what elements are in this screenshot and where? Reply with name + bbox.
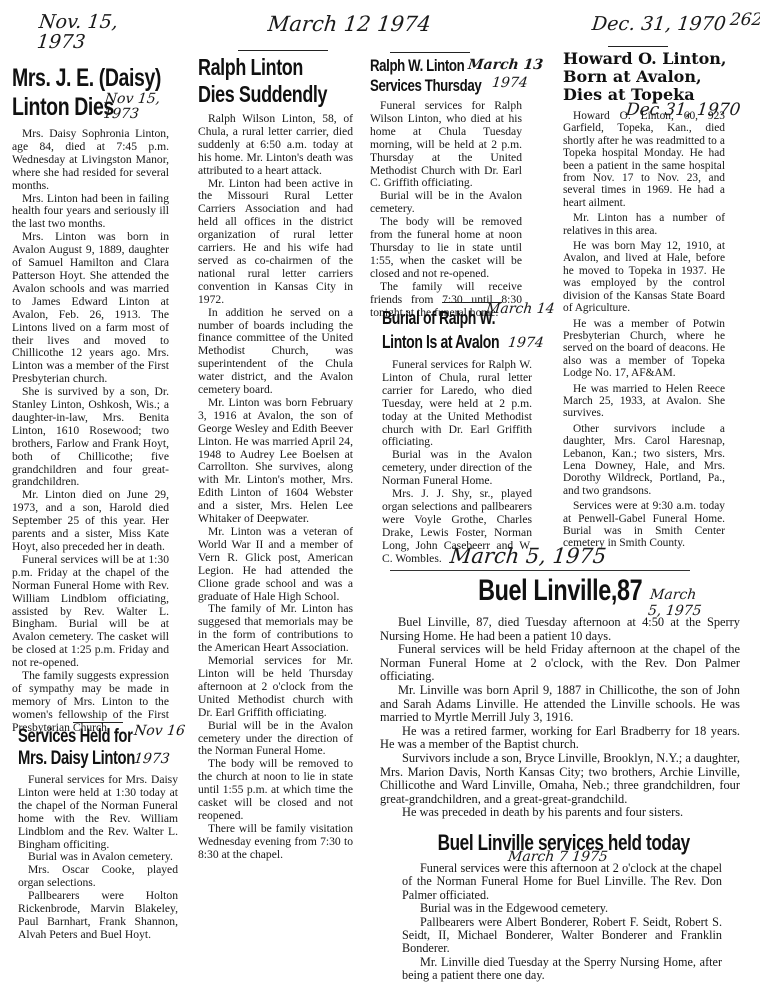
handwritten-headline-note: Nov 15, 1973 xyxy=(102,92,165,122)
handwritten-headline-note: Nov 16 xyxy=(133,724,185,739)
handwritten-date-note: Nov. 15, 1973 xyxy=(36,12,130,52)
scrapbook-page: Nov. 15, 1973 Mrs. J. E. (Daisy) Linton … xyxy=(0,0,760,985)
obituary-ralph-linton: Ralph Linton Dies Suddendly Ralph Wilson… xyxy=(198,50,353,862)
article-body: Buel Linville, 87, died Tuesday afternoo… xyxy=(380,616,740,820)
handwritten-headline-note: Dec 31, 1970 xyxy=(625,100,741,120)
handwritten-headline-note: March 7 1975 xyxy=(507,850,608,865)
headline-line-1: Ralph Linton xyxy=(198,54,353,81)
article-body: Funeral services for Ralph Wilson Linton… xyxy=(370,100,522,319)
article-body: Mrs. Daisy Sophronia Linton, age 84, die… xyxy=(12,128,169,735)
article-body: Funeral services for Ralph W. Linton of … xyxy=(382,359,532,566)
handwritten-headline-note: 1973 xyxy=(133,752,170,767)
article-body: Howard O. Linton, 60, 923 Garfield, Tope… xyxy=(563,110,725,550)
obituary-howard-linton: Howard O. Linton, Born at Avalon, Dies a… xyxy=(563,46,725,550)
headline-line-1: Mrs. J. E. (Daisy) xyxy=(12,64,169,93)
headline-line-2: Born at Avalon, xyxy=(563,68,725,86)
handwritten-headline-note: 1974 xyxy=(491,76,528,91)
divider xyxy=(238,50,328,51)
handwritten-page-number: 262 xyxy=(729,10,760,30)
article-body: Funeral services for Mrs. Daisy Linton w… xyxy=(18,774,178,942)
obituary-daisy-linton: Mrs. J. E. (Daisy) Linton Dies Mrs. Dais… xyxy=(12,64,169,735)
divider xyxy=(390,52,470,53)
divider xyxy=(390,570,690,571)
handwritten-headline-note: March xyxy=(649,588,697,603)
article-body: Funeral services were this afternoon at … xyxy=(402,862,722,983)
handwritten-date-note: March 5, 1975 xyxy=(449,546,607,566)
handwritten-headline-note: March 13 xyxy=(467,58,544,73)
article-body: Ralph Wilson Linton, 58, of Chula, a rur… xyxy=(198,113,353,862)
handwritten-date-note: Dec. 31, 1970 xyxy=(591,14,727,34)
handwritten-headline-note: 1974 xyxy=(507,336,544,351)
headline-line-2: Dies Suddendly xyxy=(198,81,353,108)
handwritten-headline-note: March 14 xyxy=(485,302,555,317)
headline-line-1: Howard O. Linton, xyxy=(563,50,725,68)
handwritten-headline-note: 5, 1975 xyxy=(647,604,702,619)
divider xyxy=(73,722,123,723)
divider xyxy=(608,46,668,47)
obituary-buel-linville: Buel Linville,87 Buel Linville, 87, died… xyxy=(400,598,740,820)
obituary-ralph-linton-services-notice: Ralph W. Linton Services Thursday Funera… xyxy=(370,52,522,319)
handwritten-date-note: March 12 1974 xyxy=(267,14,432,34)
